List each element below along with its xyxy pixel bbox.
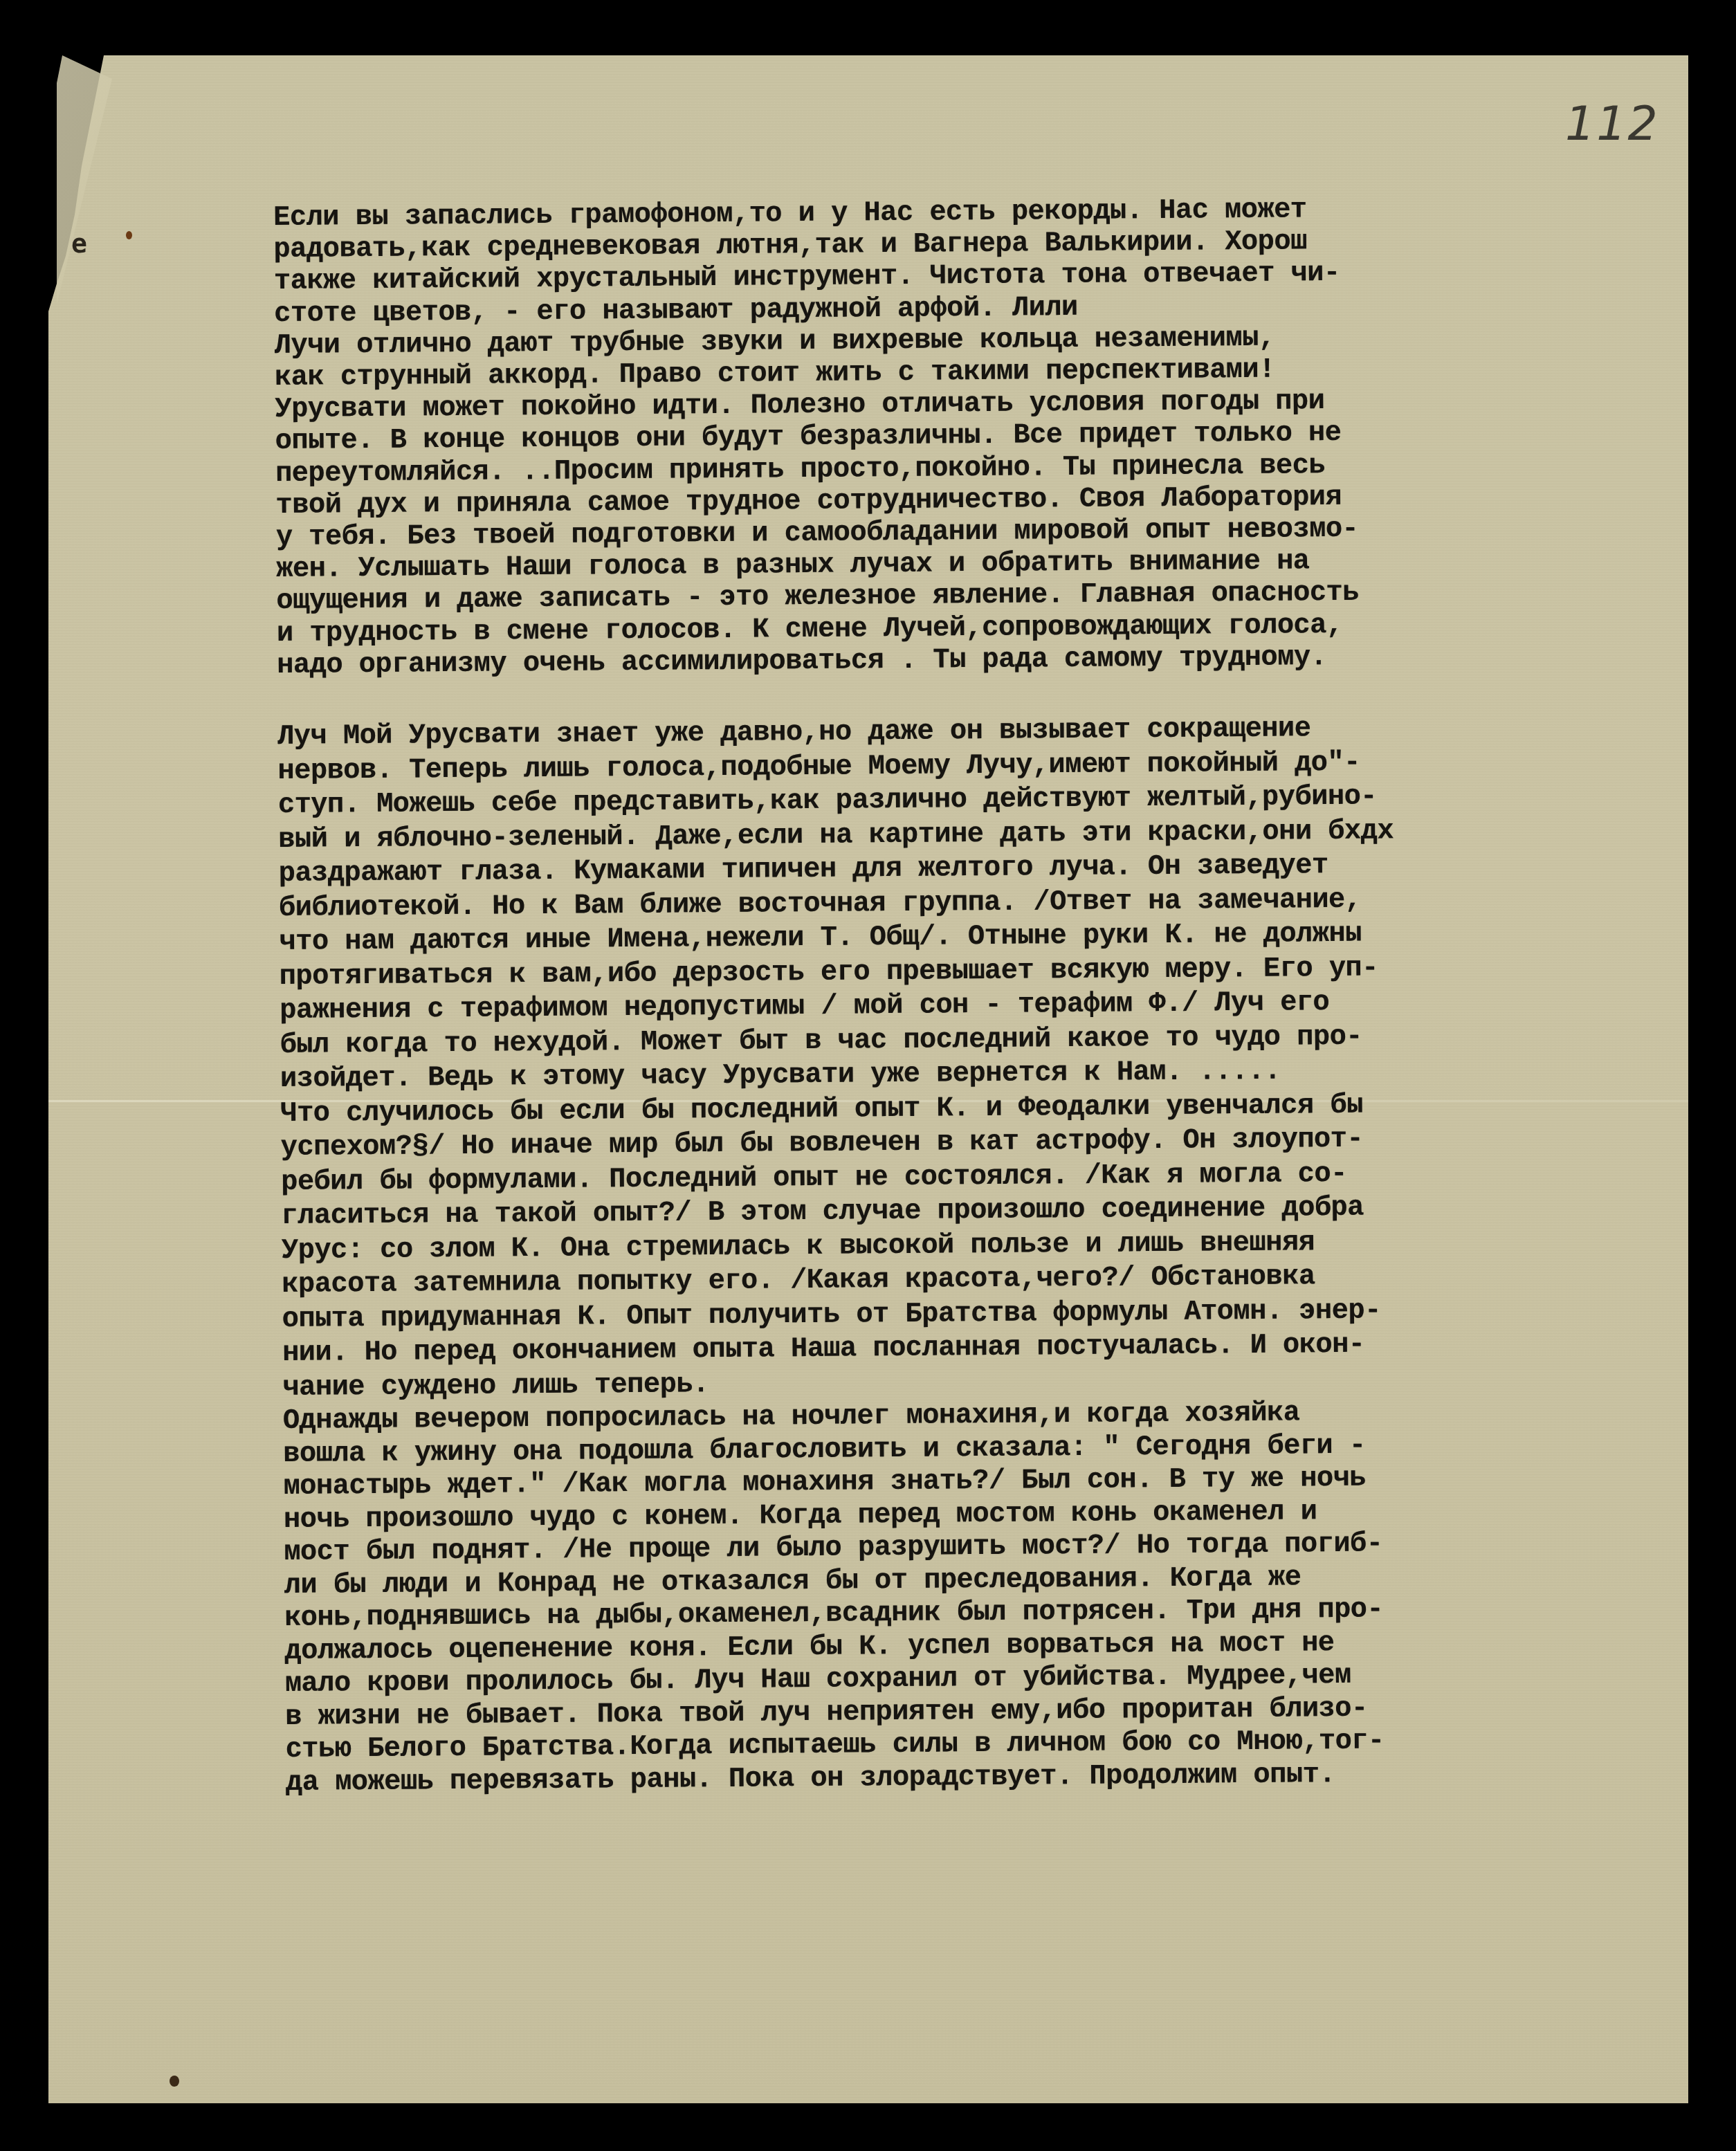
typewritten-body: Если вы запаслись грамофоном,то и у Нас … [273,191,1663,1800]
paragraph-1: Если вы запаслись грамофоном,то и у Нас … [273,191,1654,681]
paragraph-2: Луч Мой Урусвати знает уже давно,но даже… [277,709,1660,1405]
paragraph-3: Однажды вечером попросилась на ночлег мо… [283,1394,1663,1800]
margin-mark: e [71,228,87,259]
stain-spot [170,2076,179,2087]
stain-spot [126,231,132,239]
folio-number: 112 [1565,97,1659,152]
